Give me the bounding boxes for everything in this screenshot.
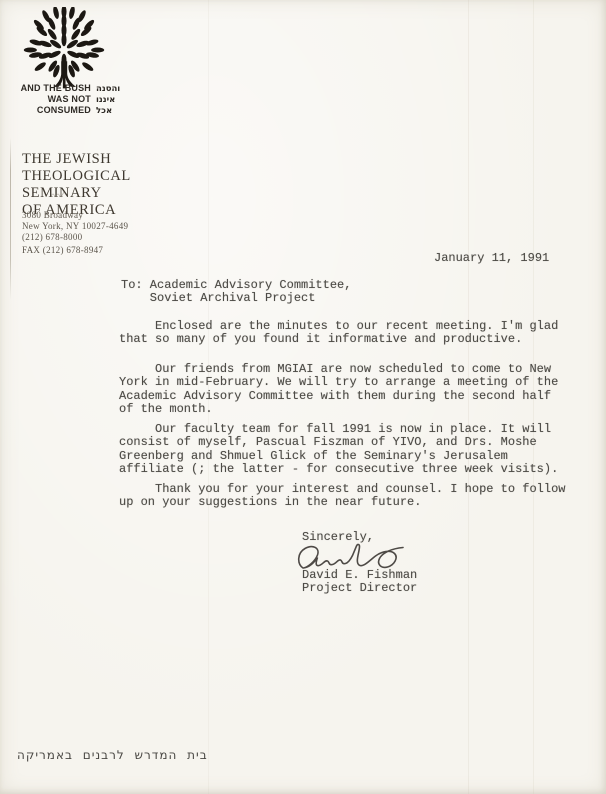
motto-english: AND THE BUSH [18, 83, 91, 93]
recipient-block: To: Academic Advisory Committee, Soviet … [121, 279, 351, 306]
paper-fold-line [10, 138, 11, 300]
institution-line: SEMINARY [22, 185, 131, 202]
address-line: 3080 Broadway [22, 210, 128, 221]
motto-line: WAS NOT איננו [18, 94, 134, 105]
motto-line: AND THE BUSH והסנה [18, 83, 134, 94]
motto-hebrew: אכל [91, 106, 134, 116]
logo-motto: AND THE BUSH והסנה WAS NOT איננו CONSUME… [18, 83, 134, 116]
pencil-mark [50, 189, 66, 199]
motto-english: CONSUMED [18, 105, 91, 115]
institution-name: THE JEWISH THEOLOGICAL SEMINARY OF AMERI… [22, 151, 131, 219]
body-paragraph-3: Our faculty team for fall 1991 is now in… [119, 423, 597, 476]
address-line: New York, NY 10027-4649 [22, 221, 128, 232]
body-paragraph-1: Enclosed are the minutes to our recent m… [119, 320, 589, 347]
address-line: (212) 678-8000 [22, 232, 128, 243]
motto-hebrew: איננו [91, 95, 134, 105]
institution-line: THEOLOGICAL [22, 168, 131, 185]
letter-date: January 11, 1991 [434, 252, 549, 265]
body-paragraph-2: Our friends from MGIAI are now scheduled… [119, 363, 589, 416]
motto-english: WAS NOT [18, 94, 91, 104]
footer-hebrew-name: בית המדרש לרבנים באמריקה [17, 748, 208, 762]
motto-hebrew: והסנה [91, 84, 134, 94]
signer-title: Project Director [302, 582, 417, 595]
body-paragraph-4: Thank you for your interest and counsel.… [119, 483, 589, 510]
fax-line: FAX (212) 678-8947 [22, 245, 103, 255]
institution-line: THE JEWISH [22, 151, 131, 168]
address-block: 3080 Broadway New York, NY 10027-4649 (2… [22, 210, 128, 243]
burning-bush-logo-icon [17, 7, 111, 93]
motto-line: CONSUMED אכל [18, 105, 134, 116]
scanned-letter-page: AND THE BUSH והסנה WAS NOT איננו CONSUME… [0, 0, 606, 794]
